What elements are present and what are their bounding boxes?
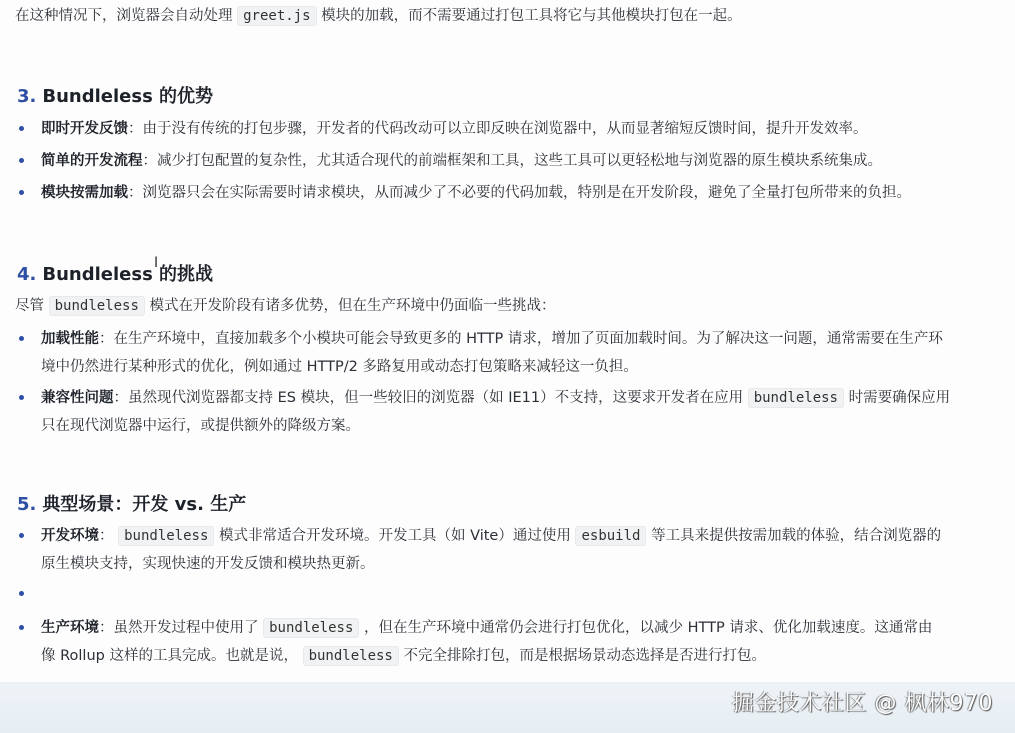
item-text: ，但在生产环境中通常仍会进行打包优化，以减少 HTTP 请求、优化加载速度。这通… [359, 620, 932, 636]
item-text: 只在现代浏览器中运行，或提供额外的降级方案。 [41, 418, 360, 434]
item-label: 生产环境 [41, 620, 99, 636]
list-item: 模块按需加载：浏览器只会在实际需要时请求模块，从而减少了不必要的代码加载，特别是… [17, 179, 1001, 207]
inline-code: bundleless [49, 296, 145, 316]
intro-text: 模块的加载，而不需要通过打包工具将它与其他模块打包在一起。 [317, 8, 742, 24]
bullet-icon [19, 336, 24, 341]
item-label: 加载性能 [41, 331, 99, 347]
heading-title: Bundleless 的优势 [42, 86, 213, 107]
bullet-icon [19, 591, 24, 596]
heading-number: 5. [17, 494, 36, 515]
item-text: ：减少打包配置的复杂性，尤其适合现代的前端框架和工具，这些工具可以更轻松地与浏览… [143, 153, 883, 169]
list-item: 即时开发反馈：由于没有传统的打包步骤，开发者的代码改动可以立即反映在浏览器中，从… [17, 115, 1001, 143]
item-text: 模式非常适合开发环境。开发工具（如 Vite）通过使用 [214, 528, 575, 544]
inline-code: bundleless [303, 646, 399, 666]
intro-text: 尽管 [15, 298, 49, 314]
bullet-icon [19, 126, 24, 131]
item-text: 像 Rollup 这样的工具完成。也就是说， [41, 648, 303, 664]
heading-number: 4. [17, 264, 36, 285]
footer-bar: 掘金技术社区 @ 枫林970 [0, 682, 1015, 733]
list-item: 兼容性问题：虽然现代浏览器都支持 ES 模块，但一些较旧的浏览器（如 IE11）… [17, 384, 1001, 440]
list-item: 开发环境： bundleless 模式非常适合开发环境。开发工具（如 Vite）… [17, 522, 1001, 578]
item-text: ：虽然现代浏览器都支持 ES 模块，但一些较旧的浏览器（如 IE11）不支持，这… [114, 390, 748, 406]
item-text: ： [99, 528, 118, 544]
item-label: 兼容性问题 [41, 390, 114, 406]
section-heading-5: 5.典型场景：开发 vs. 生产 [17, 490, 246, 516]
intro-paragraph: 在这种情况下，浏览器会自动处理 greet.js 模块的加载，而不需要通过打包工… [15, 2, 742, 30]
item-text: 时需要确保应用 [844, 390, 950, 406]
item-label: 开发环境 [41, 528, 99, 544]
section-heading-4: 4.Bundleless 的挑战 [17, 260, 213, 286]
inline-code: greet.js [237, 6, 316, 26]
section-heading-3: 3.Bundleless 的优势 [17, 82, 213, 108]
list-item: 简单的开发流程：减少打包配置的复杂性，尤其适合现代的前端框架和工具，这些工具可以… [17, 147, 1001, 175]
item-label: 模块按需加载 [41, 185, 128, 201]
inline-code: esbuild [575, 526, 646, 546]
heading-title: Bundleless 的挑战 [42, 264, 213, 285]
bullet-icon [19, 190, 24, 195]
inline-code: bundleless [748, 388, 844, 408]
heading-number: 3. [17, 86, 36, 107]
item-text: 原生模块支持，实现快速的开发反馈和模块热更新。 [41, 556, 375, 572]
item-text: ：浏览器只会在实际需要时请求模块，从而减少了不必要的代码加载，特别是在开发阶段，… [128, 185, 911, 201]
item-text: ：在生产环境中，直接加载多个小模块可能会导致更多的 HTTP 请求，增加了页面加… [99, 331, 943, 347]
text-cursor-icon: I [154, 255, 162, 271]
item-text: ：由于没有传统的打包步骤，开发者的代码改动可以立即反映在浏览器中，从而显著缩短反… [128, 121, 868, 137]
intro-text: 模式在开发阶段有诸多优势，但在生产环境中仍面临一些挑战： [145, 298, 556, 314]
list-item: 加载性能：在生产环境中，直接加载多个小模块可能会导致更多的 HTTP 请求，增加… [17, 325, 1001, 381]
item-label: 即时开发反馈 [41, 121, 128, 137]
watermark: 掘金技术社区 @ 枫林970 [732, 686, 993, 717]
item-text: 境中仍然进行某种形式的优化，例如通过 HTTP/2 多路复用或动态打包策略来减轻… [41, 359, 638, 375]
inline-code: bundleless [263, 618, 359, 638]
bullet-icon [19, 395, 24, 400]
item-text: 不完全排除打包，而是根据场景动态选择是否进行打包。 [399, 648, 766, 664]
list-item: 生产环境：虽然开发过程中使用了 bundleless ，但在生产环境中通常仍会进… [17, 614, 1001, 670]
item-text: ：虽然开发过程中使用了 [99, 620, 263, 636]
bullet-icon [19, 625, 24, 630]
item-text: 等工具来提供按需加载的体验，结合浏览器的 [646, 528, 941, 544]
intro-text: 在这种情况下，浏览器会自动处理 [15, 8, 237, 24]
heading-title: 典型场景：开发 vs. 生产 [42, 494, 246, 515]
bullet-icon [19, 158, 24, 163]
section-intro: 尽管 bundleless 模式在开发阶段有诸多优势，但在生产环境中仍面临一些挑… [15, 292, 556, 320]
bullet-icon [19, 533, 24, 538]
item-label: 简单的开发流程 [41, 153, 143, 169]
inline-code: bundleless [118, 526, 214, 546]
